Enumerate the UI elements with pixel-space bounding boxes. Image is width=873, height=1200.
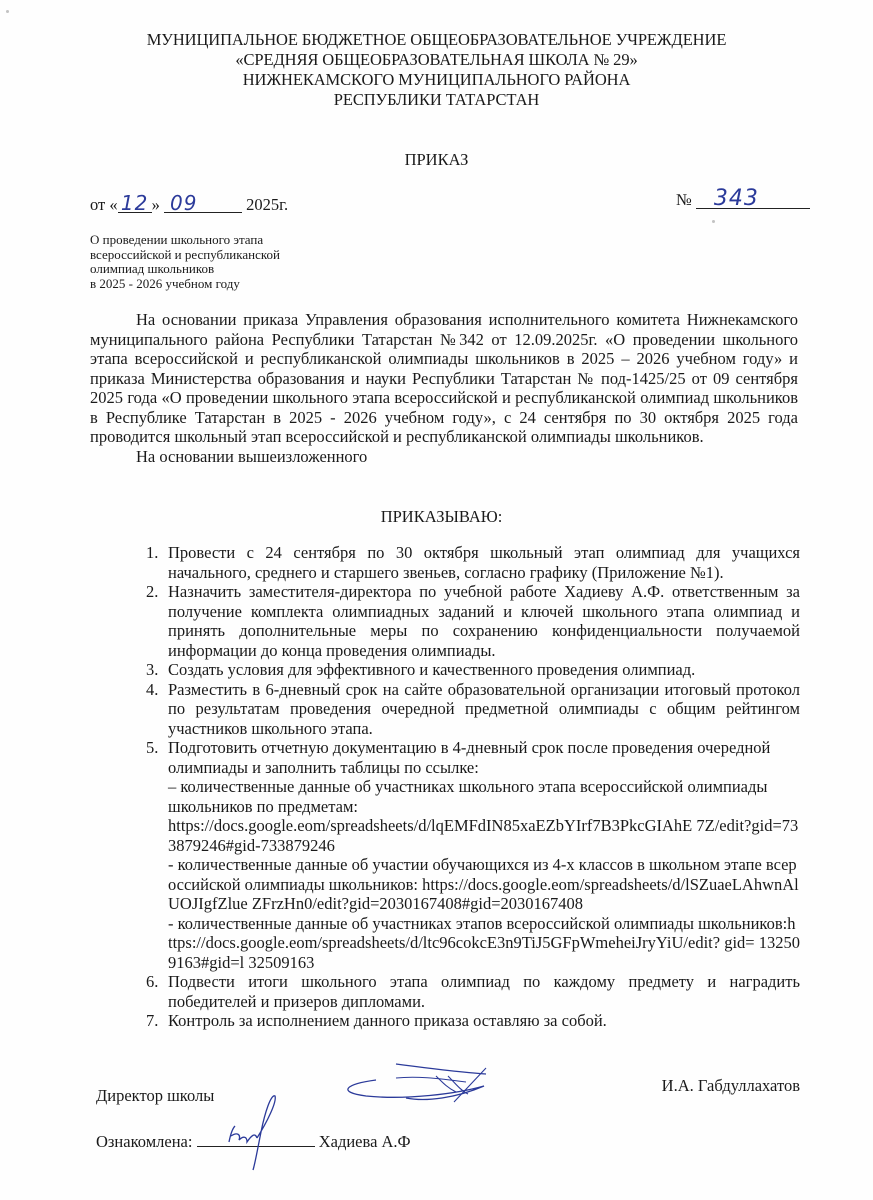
- header-line: «СРЕДНЯЯ ОБЩЕОБРАЗОВАТЕЛЬНАЯ ШКОЛА № 29»: [0, 50, 873, 70]
- date-day: 12: [118, 194, 152, 213]
- subject-line: О проведении школьного этапа: [90, 233, 280, 248]
- item-text: Разместить в 6-дневный срок на сайте обр…: [168, 680, 800, 739]
- preamble-paragraph: На основании приказа Управления образова…: [90, 310, 798, 447]
- date-mid: »: [152, 195, 160, 214]
- sub-item-text: – количественные данные об участниках шк…: [168, 777, 800, 816]
- ack-name: Хадиева А.Ф: [319, 1132, 411, 1151]
- acknowledgement-row: Ознакомлена: Хадиева А.Ф: [96, 1130, 411, 1152]
- order-item: 7. Контроль за исполнением данного прика…: [146, 1011, 800, 1031]
- director-name: И.А. Габдуллахатов: [662, 1076, 800, 1096]
- item-number: 1.: [146, 543, 158, 563]
- item-text: Подготовить отчетную документацию в 4-дн…: [168, 738, 800, 777]
- preamble-section: На основании приказа Управления образова…: [90, 310, 798, 466]
- item-number: 7.: [146, 1011, 158, 1031]
- spreadsheet-link[interactable]: https://docs.google.eom/spreadsheets/d/l…: [168, 816, 800, 855]
- order-item: 3. Создать условия для эффективного и ка…: [146, 660, 800, 680]
- order-date: от «12» 09 2025г.: [90, 194, 288, 215]
- subject-line: в 2025 - 2026 учебном году: [90, 277, 280, 292]
- sub-item-text: - количественные данные об участии обуча…: [168, 855, 800, 914]
- order-item: 2. Назначить заместителя-директора по уч…: [146, 582, 800, 660]
- order-number: № 343: [676, 190, 810, 210]
- header-line: НИЖНЕКАМСКОГО МУНИЦИПАЛЬНОГО РАЙОНА: [0, 70, 873, 90]
- order-item: 6. Подвести итоги школьного этапа олимпи…: [146, 972, 800, 1011]
- document-page: МУНИЦИПАЛЬНОЕ БЮДЖЕТНОЕ ОБЩЕОБРАЗОВАТЕЛЬ…: [0, 0, 873, 1200]
- number-value: 343: [696, 190, 810, 209]
- date-year: 2025г.: [246, 195, 288, 214]
- number-prefix: №: [676, 190, 692, 209]
- ack-signature-line: [197, 1130, 315, 1147]
- order-items-list: 1. Провести с 24 сентября по 30 октября …: [146, 543, 800, 1031]
- item-text: Назначить заместителя-директора по учебн…: [168, 582, 800, 660]
- order-heading: ПРИКАЗЫВАЮ:: [0, 507, 873, 527]
- item-text: Провести с 24 сентября по 30 октября шко…: [168, 543, 800, 582]
- item-number: 2.: [146, 582, 158, 602]
- director-signature-icon: [336, 1058, 496, 1108]
- sub-item-text: - количественные данные об участниках эт…: [168, 914, 800, 973]
- basis-paragraph: На основании вышеизложенного: [90, 447, 798, 467]
- director-label: Директор школы: [96, 1086, 214, 1106]
- order-item: 4. Разместить в 6-дневный срок на сайте …: [146, 680, 800, 739]
- subject-line: всероссийской и республиканской: [90, 248, 280, 263]
- item-text: Подвести итоги школьного этапа олимпиад …: [168, 972, 800, 1011]
- order-subject: О проведении школьного этапа всероссийск…: [90, 233, 280, 291]
- date-month: 09: [164, 194, 242, 213]
- item-number: 6.: [146, 972, 158, 992]
- header-line: МУНИЦИПАЛЬНОЕ БЮДЖЕТНОЕ ОБЩЕОБРАЗОВАТЕЛЬ…: [0, 30, 873, 50]
- header-line: РЕСПУБЛИКИ ТАТАРСТАН: [0, 90, 873, 110]
- item-number: 5.: [146, 738, 158, 758]
- institution-header: МУНИЦИПАЛЬНОЕ БЮДЖЕТНОЕ ОБЩЕОБРАЗОВАТЕЛЬ…: [0, 30, 873, 110]
- ack-signature-icon: [217, 1092, 297, 1172]
- ack-label: Ознакомлена:: [96, 1132, 192, 1151]
- order-item: 1. Провести с 24 сентября по 30 октября …: [146, 543, 800, 582]
- scan-speck: [6, 10, 9, 13]
- scan-speck: [712, 220, 715, 223]
- document-title: ПРИКАЗ: [0, 150, 873, 170]
- item-text: Контроль за исполнением данного приказа …: [168, 1011, 800, 1031]
- order-item: 5. Подготовить отчетную документацию в 4…: [146, 738, 800, 972]
- item-number: 4.: [146, 680, 158, 700]
- subject-line: олимпиад школьников: [90, 262, 280, 277]
- date-prefix: от «: [90, 195, 118, 214]
- item-number: 3.: [146, 660, 158, 680]
- item-text: Создать условия для эффективного и качес…: [168, 660, 800, 680]
